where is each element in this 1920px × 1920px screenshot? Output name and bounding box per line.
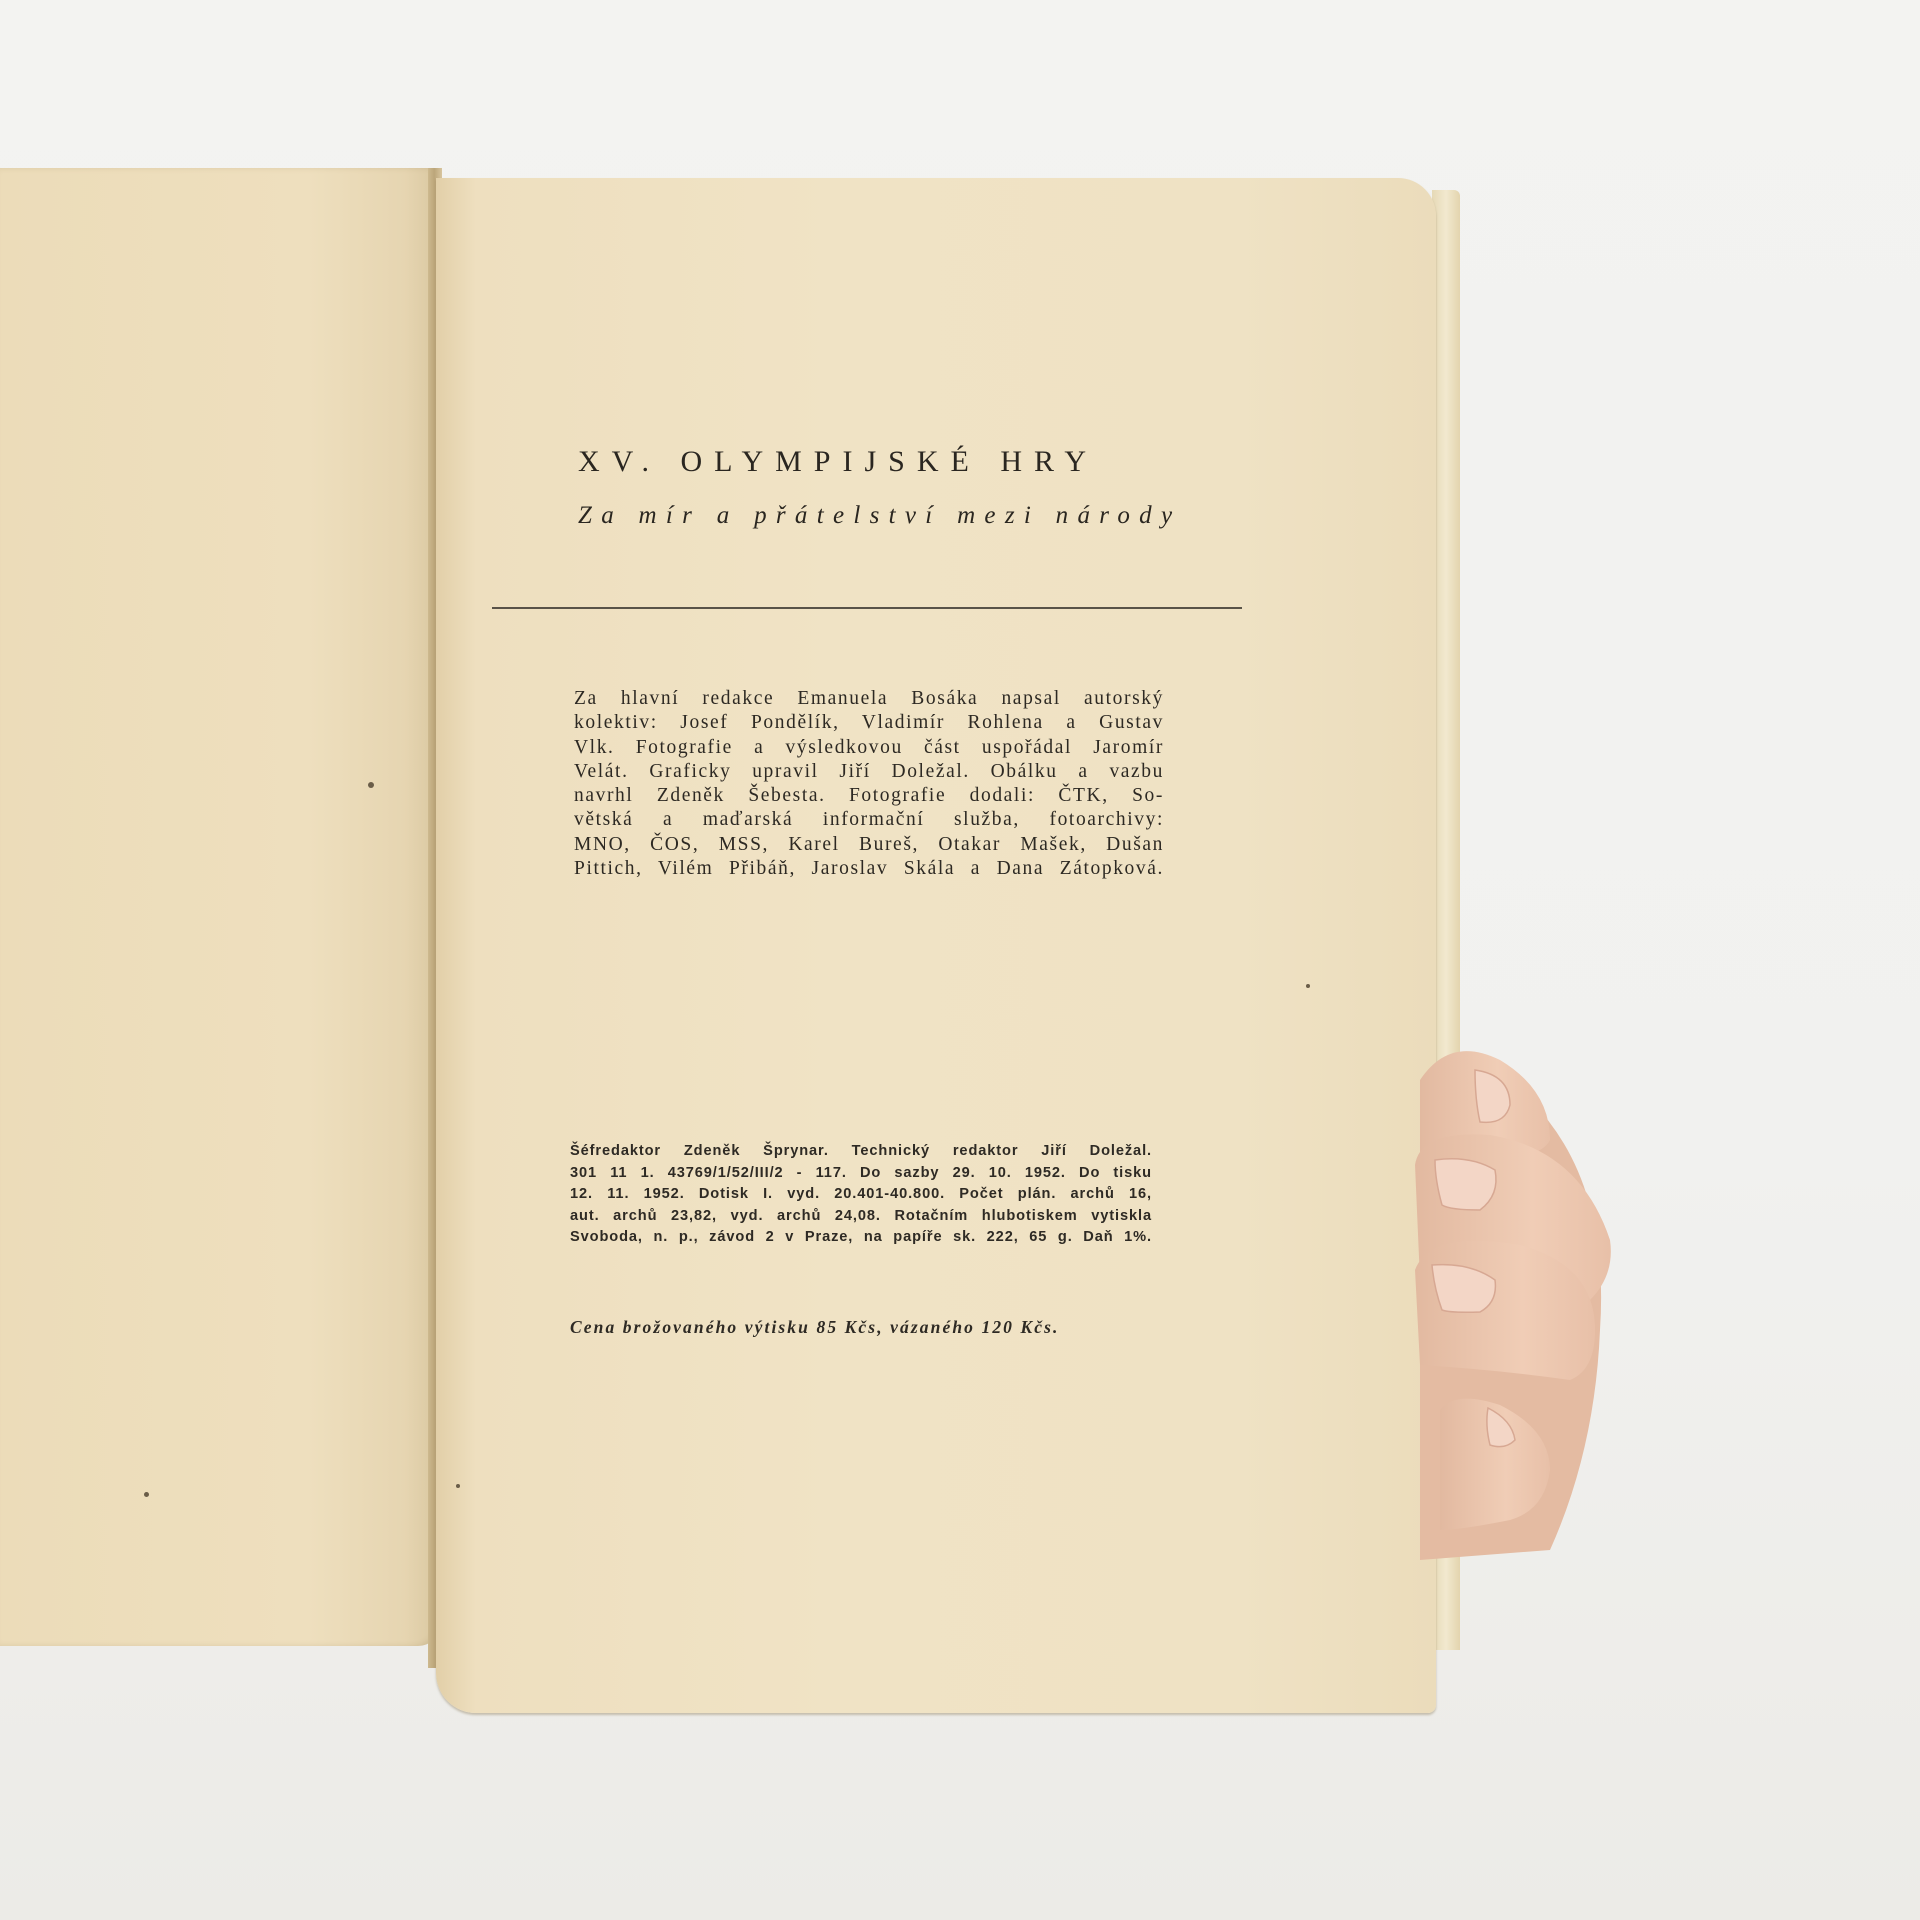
paper-speck (1306, 984, 1310, 988)
credits-line: Za hlavní redakce Emanuela Bosáka napsal… (574, 687, 1164, 711)
imprint-line: 12. 11. 1952. Dotisk I. vyd. 20.401-40.8… (570, 1184, 1152, 1206)
imprint-line: Šéfredaktor Zdeněk Šprynar. Technický re… (570, 1141, 1152, 1163)
credits-paragraph: Za hlavní redakce Emanuela Bosáka napsal… (574, 687, 1164, 881)
hand-icon (1380, 1030, 1620, 1590)
price-line: Cena brožovaného výtisku 85 Kčs, vázanéh… (570, 1317, 1150, 1338)
imprint-block: Šéfredaktor Zdeněk Šprynar. Technický re… (570, 1141, 1152, 1249)
paper-speck (368, 782, 374, 788)
page-title: XV. OLYMPIJSKÉ HRY (578, 445, 1168, 479)
credits-line: MNO, ČOS, MSS, Karel Bureš, Otakar Mašek… (574, 833, 1164, 857)
imprint-line: aut. archů 23,82, vyd. archů 24,08. Rota… (570, 1206, 1152, 1228)
divider-rule (492, 607, 1242, 609)
photo-scene: XV. OLYMPIJSKÉ HRY Za mír a přátelství m… (0, 0, 1920, 1920)
credits-line: Pittich, Vilém Přibáň, Jaroslav Skála a … (574, 857, 1164, 881)
paper-speck (456, 1484, 460, 1488)
credits-line: Vlk. Fotografie a výsledkovou část uspoř… (574, 736, 1164, 760)
credits-line: větská a maďarská informační služba, fot… (574, 808, 1164, 832)
credits-line: navrhl Zdeněk Šebesta. Fotografie dodali… (574, 784, 1164, 808)
left-page (0, 168, 440, 1646)
page-subtitle: Za mír a přátelství mezi národy (578, 502, 1178, 530)
imprint-line: 301 11 1. 43769/1/52/III/2 - 117. Do saz… (570, 1163, 1152, 1185)
imprint-line: Svoboda, n. p., závod 2 v Praze, na papí… (570, 1227, 1152, 1249)
paper-speck (144, 1492, 149, 1497)
credits-line: kolektiv: Josef Pondělík, Vladimír Rohle… (574, 711, 1164, 735)
credits-line: Velát. Graficky upravil Jiří Doležal. Ob… (574, 760, 1164, 784)
right-page (436, 178, 1436, 1713)
